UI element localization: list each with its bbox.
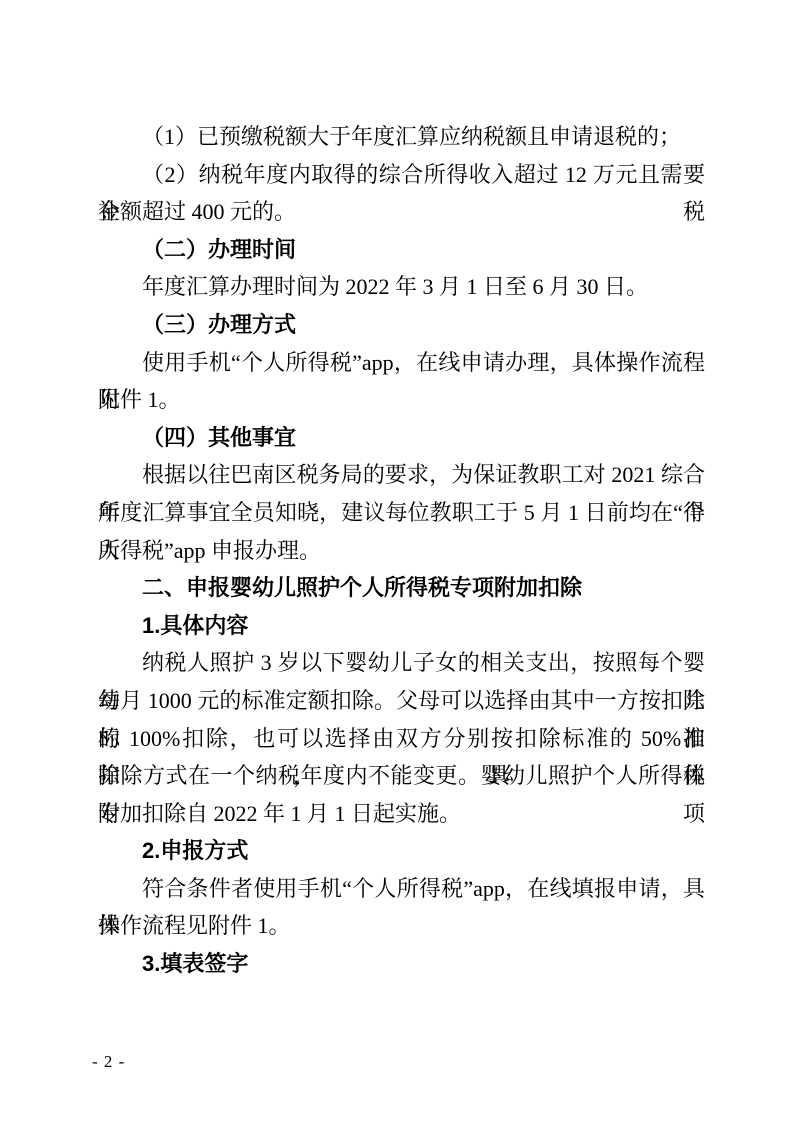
heading-line: 1.具体内容	[98, 607, 705, 645]
heading-line: 2.申报方式	[98, 832, 705, 870]
text-line: 的 100%扣除，也可以选择由双方分别按扣除标准的 50%扣除，具体	[98, 720, 705, 758]
text-line: 根据以往巴南区税务局的要求，为保证教职工对 2021 综合所得	[98, 456, 705, 494]
text-line: 扣除方式在一个纳税年度内不能变更。婴幼儿照护个人所得税专项	[98, 757, 705, 795]
text-line: 符合条件者使用手机“个人所得税”app，在线填报申请，具体	[98, 870, 705, 908]
text-line: 年度汇算事宜全员知晓，建议每位教职工于 5 月 1 日前均在“个人	[98, 494, 705, 532]
text-line: 使用手机“个人所得税”app，在线申请办理，具体操作流程见	[98, 344, 705, 382]
document-page: （1）已预缴税额大于年度汇算应纳税额且申请退税的；（2）纳税年度内取得的综合所得…	[0, 0, 793, 1122]
text-line: 所得税”app 申报办理。	[98, 532, 705, 570]
heading-line: （四）其他事宜	[98, 419, 705, 457]
text-line: 年度汇算办理时间为 2022 年 3 月 1 日至 6 月 30 日。	[98, 268, 705, 306]
heading-line: （三）办理方式	[98, 306, 705, 344]
text-line: 附件 1。	[98, 381, 705, 419]
page-number: - 2 -	[92, 1050, 125, 1074]
text-line: 每月 1000 元的标准定额扣除。父母可以选择由其中一方按扣除标准	[98, 682, 705, 720]
heading-line: 3.填表签字	[98, 945, 705, 983]
document-body: （1）已预缴税额大于年度汇算应纳税额且申请退税的；（2）纳税年度内取得的综合所得…	[98, 118, 705, 983]
text-line: （1）已预缴税额大于年度汇算应纳税额且申请退税的；	[98, 118, 705, 156]
text-line: 纳税人照护 3 岁以下婴幼儿子女的相关支出，按照每个婴幼儿	[98, 644, 705, 682]
text-line: 操作流程见附件 1。	[98, 907, 705, 945]
heading-line: 二、申报婴幼儿照护个人所得税专项附加扣除	[98, 569, 705, 607]
text-line: （2）纳税年度内取得的综合所得收入超过 12 万元且需要补税	[98, 156, 705, 194]
heading-line: （二）办理时间	[98, 231, 705, 269]
